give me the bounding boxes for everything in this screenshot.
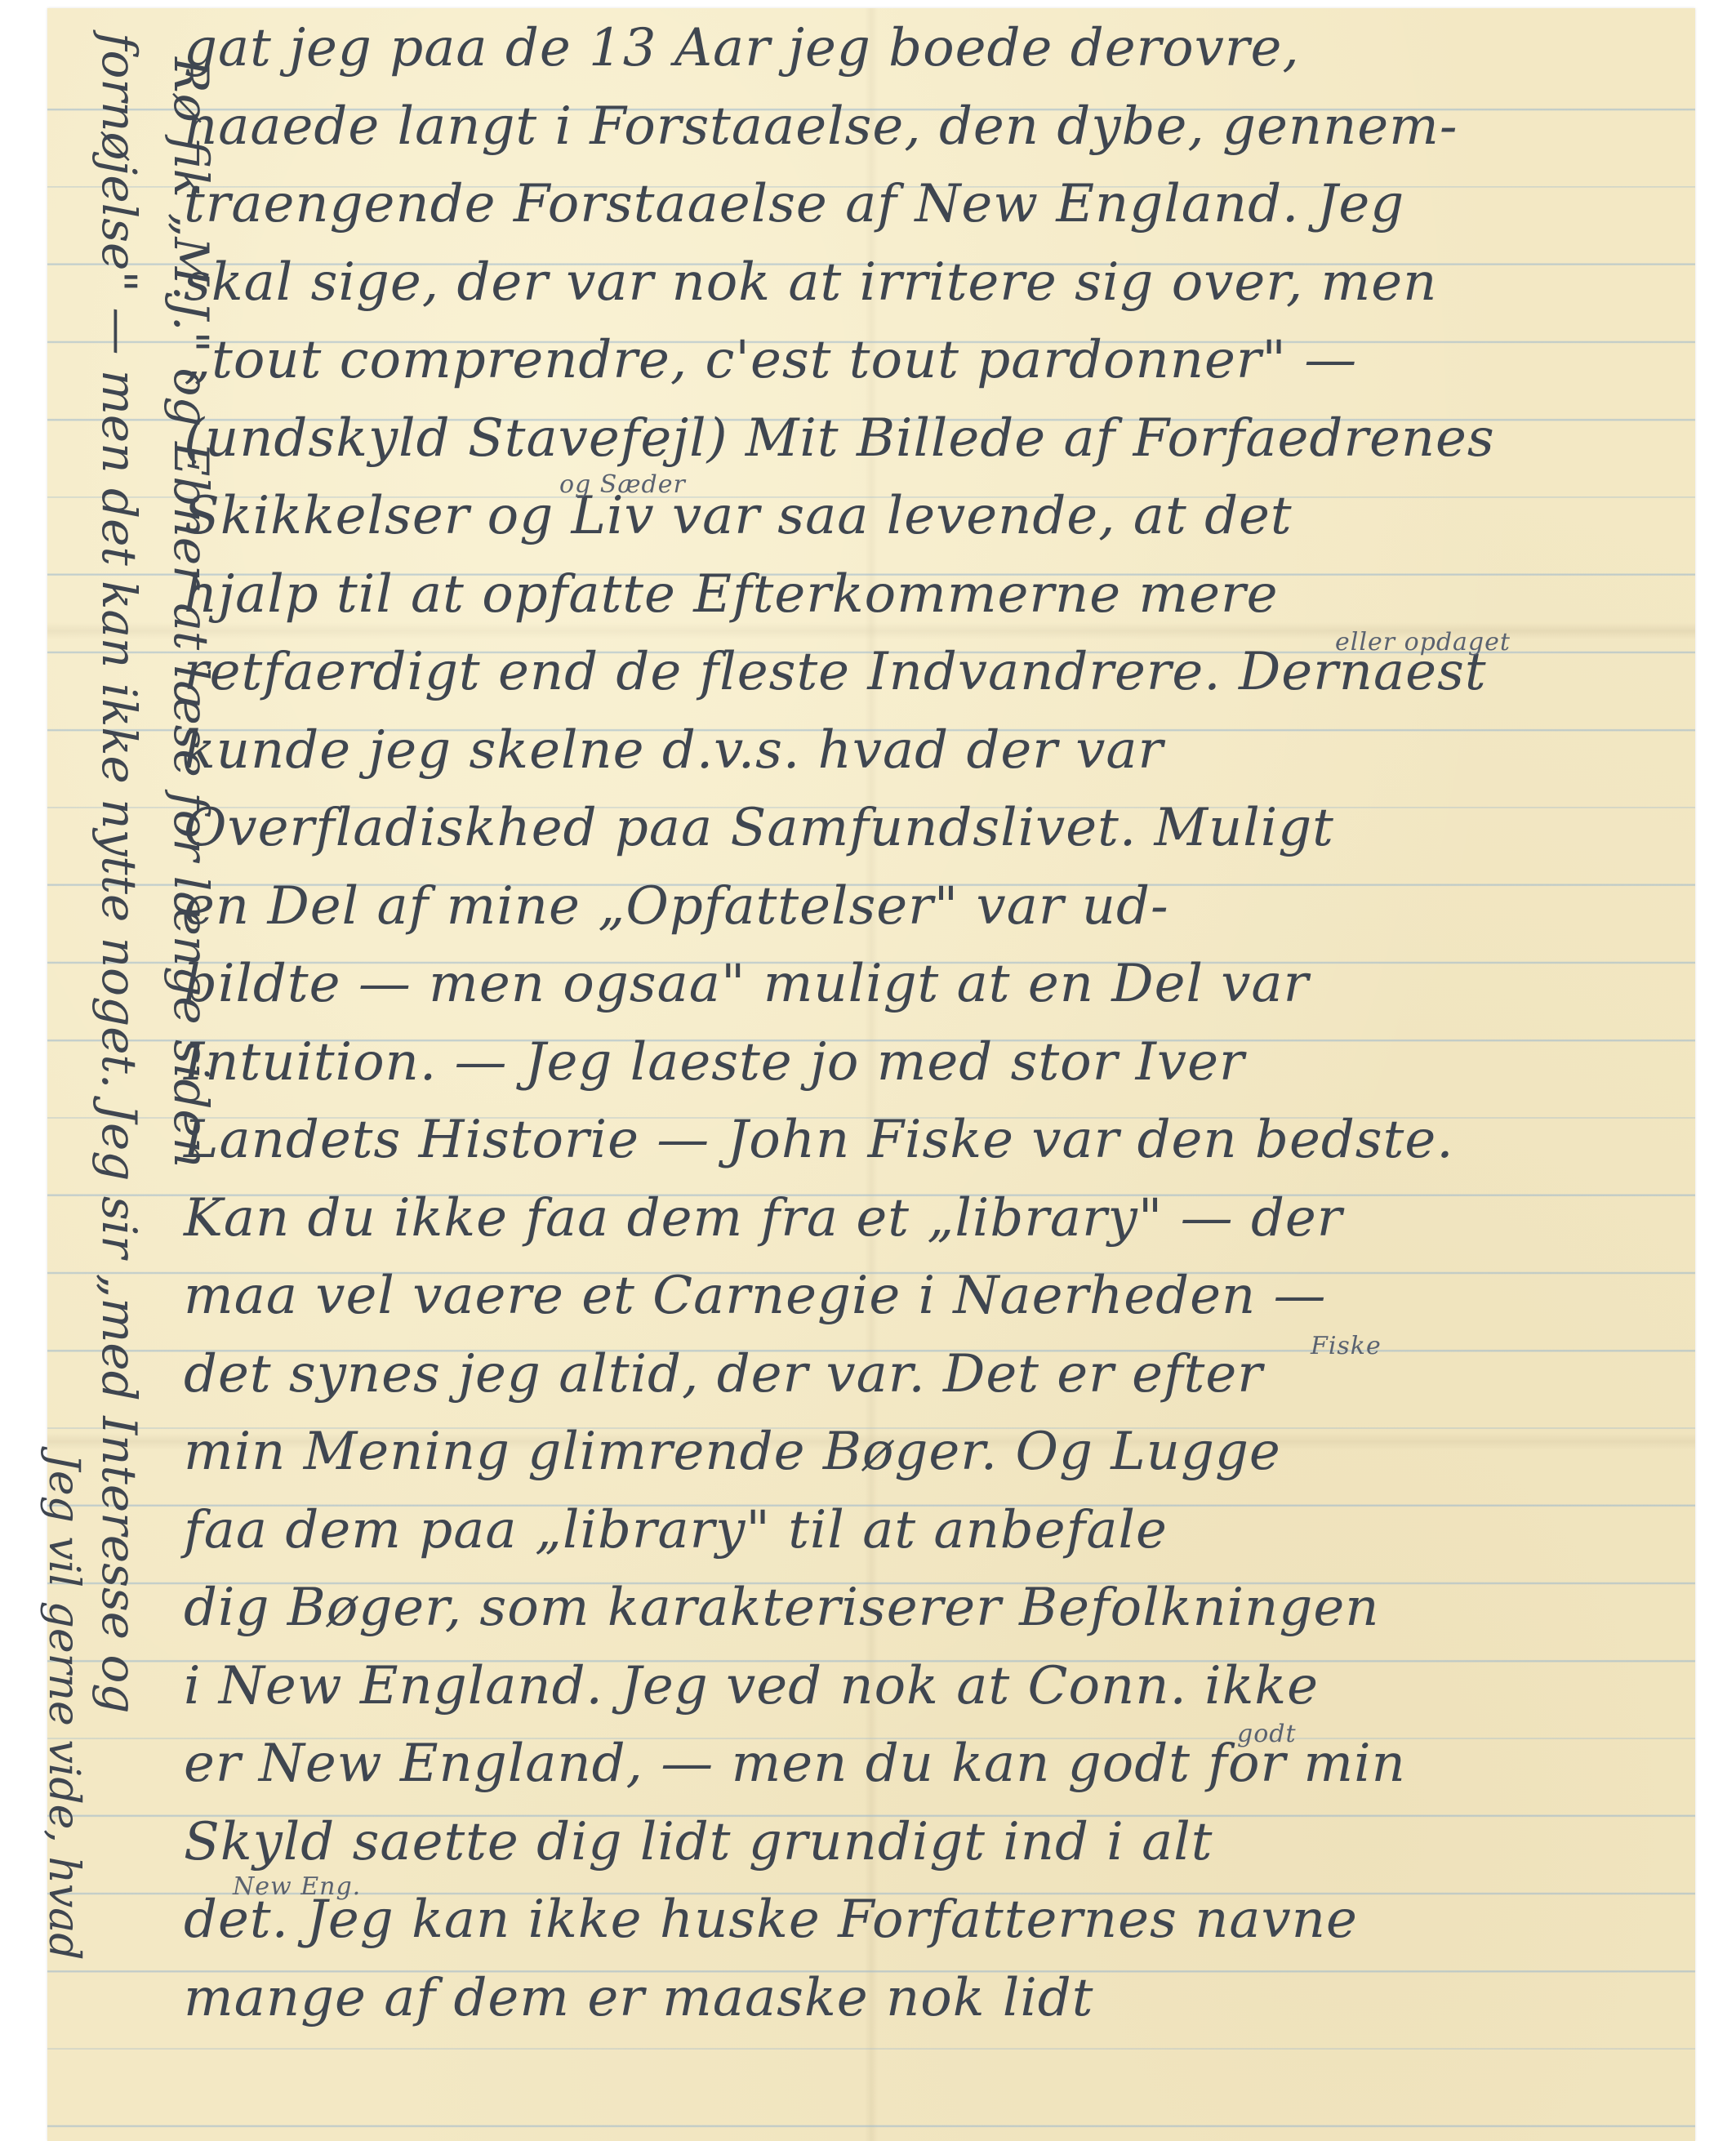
body-line-text: Skikkelser og Liv var saa levende, at de… [184,478,1293,556]
body-line-text: i New England. Jeg ved nok at Conn. ikke [184,1648,1319,1726]
body-line: kunde jeg skelne d.v.s. hvad der var [184,712,1670,790]
body-line: en Del af mine „Opfattelser" var ud- [184,868,1670,946]
interlinear-insert: og Sæder [559,473,686,497]
margin-note-2: fornøjelse" — men det kan ikke nytte nog… [91,33,147,1714]
body-line: Landets Historie — John Fiske var den be… [184,1102,1670,1180]
letter-body: gat jeg paa de 13 Aar jeg boede derovre,… [184,10,1670,2037]
body-line: eller opdaget retfaerdigt end de fleste … [184,634,1670,712]
body-line: faa dem paa „library" til at anbefale [184,1492,1670,1570]
body-line: Fiske det synes jeg altid, der var. Det … [184,1336,1670,1414]
interlinear-insert: New Eng. [233,1875,361,1899]
body-line-text: naaede langt i Forstaaelse, den dybe, ge… [184,88,1458,167]
body-line-text: bildte — men ogsaa" muligt at en Del var [184,946,1309,1024]
body-line: godt er New England, — men du kan godt f… [184,1725,1670,1804]
body-line-text: kunde jeg skelne d.v.s. hvad der var [184,712,1164,790]
body-line: gat jeg paa de 13 Aar jeg boede derovre, [184,10,1670,88]
body-line: traengende Forstaaelse af New England. J… [184,166,1670,244]
body-line-text: traengende Forstaaelse af New England. J… [184,166,1404,244]
margin-note-text: fornøjelse" — men det kan ikke nytte nog… [91,33,147,1714]
interlinear-insert: eller opdaget [1335,630,1511,655]
body-line-text: maa vel vaere et Carnegie i Naerheden — [184,1257,1327,1336]
body-line: Overfladiskhed paa Samfundslivet. Muligt [184,790,1670,868]
body-line-text: faa dem paa „library" til at anbefale [184,1492,1168,1570]
body-line-text: gat jeg paa de 13 Aar jeg boede derovre, [184,10,1300,88]
body-line: og Sæder Skikkelser og Liv var saa leven… [184,478,1670,556]
body-line-text: Landets Historie — John Fiske var den be… [184,1102,1454,1180]
body-line-text: en Del af mine „Opfattelser" var ud- [184,868,1169,946]
body-line-text: (undskyld Stavefejl) Mit Billede af Forf… [184,400,1495,478]
body-line-text: Intuition. — Jeg laeste jo med stor Iver [184,1024,1245,1102]
body-line-text: Kan du ikke faa dem fra et „library" — d… [184,1180,1342,1258]
interlinear-insert: Fiske [1311,1334,1382,1359]
margin-note-text: Jeg vil gerne vide, hvad [39,1453,88,1961]
body-line: Kan du ikke faa dem fra et „library" — d… [184,1180,1670,1258]
body-line: mange af dem er maaske nok lidt [184,1960,1670,2038]
body-line: dig Bøger, som karakteriserer Befolkning… [184,1569,1670,1648]
body-line: skal sige, der var nok at irritere sig o… [184,244,1670,323]
body-line: Skyld saette dig lidt grundigt ind i alt [184,1804,1670,1882]
body-line: hjalp til at opfatte Efterkommerne mere [184,556,1670,634]
body-line-text: min Mening glimrende Bøger. Og Lugge [184,1413,1281,1492]
body-line-text: skal sige, der var nok at irritere sig o… [184,244,1437,323]
body-line: maa vel vaere et Carnegie i Naerheden — [184,1257,1670,1336]
body-line-text: det synes jeg altid, der var. Det er eft… [184,1336,1263,1414]
body-line: Intuition. — Jeg laeste jo med stor Iver [184,1024,1670,1102]
body-line-text: Skyld saette dig lidt grundigt ind i alt [184,1804,1213,1882]
body-line-text: er New England, — men du kan godt for mi… [184,1725,1406,1804]
body-line-text: hjalp til at opfatte Efterkommerne mere [184,556,1278,634]
body-line: „tout comprendre, c'est tout pardonner" … [184,322,1670,400]
body-line: (undskyld Stavefejl) Mit Billede af Forf… [184,400,1670,478]
margin-note-3: Jeg vil gerne vide, hvad [39,1453,88,1961]
body-line: min Mening glimrende Bøger. Og Lugge [184,1413,1670,1492]
body-line: naaede langt i Forstaaelse, den dybe, ge… [184,88,1670,167]
body-line: bildte — men ogsaa" muligt at en Del var [184,946,1670,1024]
body-line-text: „tout comprendre, c'est tout pardonner" … [184,322,1357,400]
interlinear-insert: godt [1237,1722,1297,1747]
body-line-text: mange af dem er maaske nok lidt [184,1960,1093,2038]
body-line: i New England. Jeg ved nok at Conn. ikke [184,1648,1670,1726]
body-line-text: dig Bøger, som karakteriserer Befolkning… [184,1569,1379,1648]
body-line-text: Overfladiskhed paa Samfundslivet. Muligt [184,790,1334,868]
body-line: New Eng. det. Jeg kan ikke huske Forfatt… [184,1881,1670,1960]
body-line-text: retfaerdigt end de fleste Indvandrere. D… [184,634,1487,712]
